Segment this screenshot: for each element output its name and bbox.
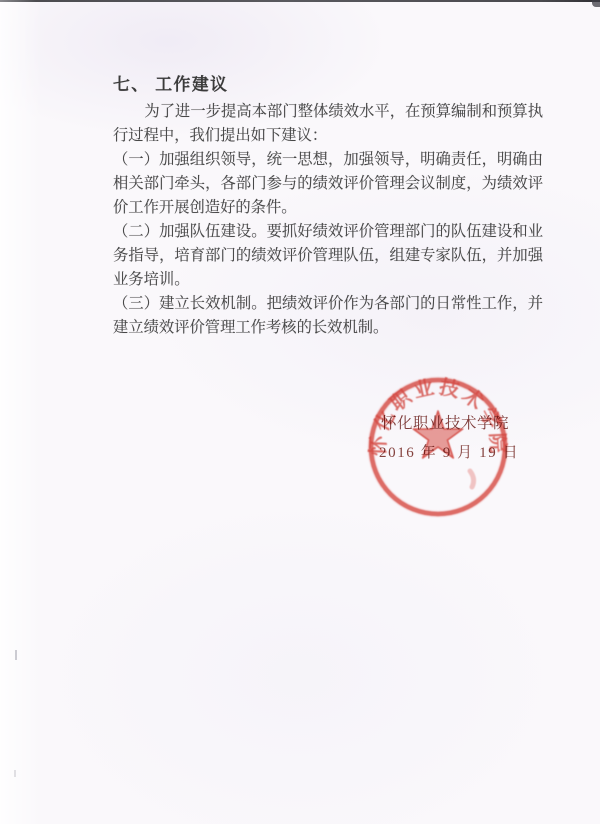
body-line: 务指导，培育部门的绩效评价管理队伍，组建专家队伍，并加强 [113, 244, 543, 268]
body-line: 为了进一步提高本部门整体绩效水平，在预算编制和预算执 [113, 100, 543, 124]
scanned-page: 七、 工作建议 为了进一步提高本部门整体绩效水平，在预算编制和预算执 行过程中，… [0, 0, 600, 824]
scan-top-edge-line [0, 0, 600, 2]
body-line: （二）加强队伍建设。要抓好绩效评价管理部门的队伍建设和业 [113, 220, 543, 244]
body-line: 业务培训。 [113, 268, 543, 292]
section-title: 七、 工作建议 [113, 70, 543, 100]
body-line: 价工作开展创造好的条件。 [113, 196, 543, 220]
body-line: 相关部门牵头，各部门参与的绩效评价管理会议制度，为绩效评 [113, 172, 543, 196]
body-line: 行过程中，我们提出如下建议： [113, 124, 543, 148]
scan-corner-mark [592, 0, 600, 7]
scan-speck [15, 650, 17, 660]
seal-smudge [470, 471, 474, 487]
star-icon [413, 411, 462, 458]
body-line: 建立绩效评价管理工作考核的长效机制。 [113, 316, 543, 340]
official-seal-stamp: 怀化职业技术学院 [366, 375, 510, 519]
document-body: 七、 工作建议 为了进一步提高本部门整体绩效水平，在预算编制和预算执 行过程中，… [113, 70, 543, 340]
scan-left-light-strip [0, 0, 42, 824]
body-line: （一）加强组织领导，统一思想，加强领导，明确责任，明确由 [113, 148, 543, 172]
scan-speck [14, 770, 16, 777]
body-line: （三）建立长效机制。把绩效评价作为各部门的日常性工作，并 [113, 292, 543, 316]
